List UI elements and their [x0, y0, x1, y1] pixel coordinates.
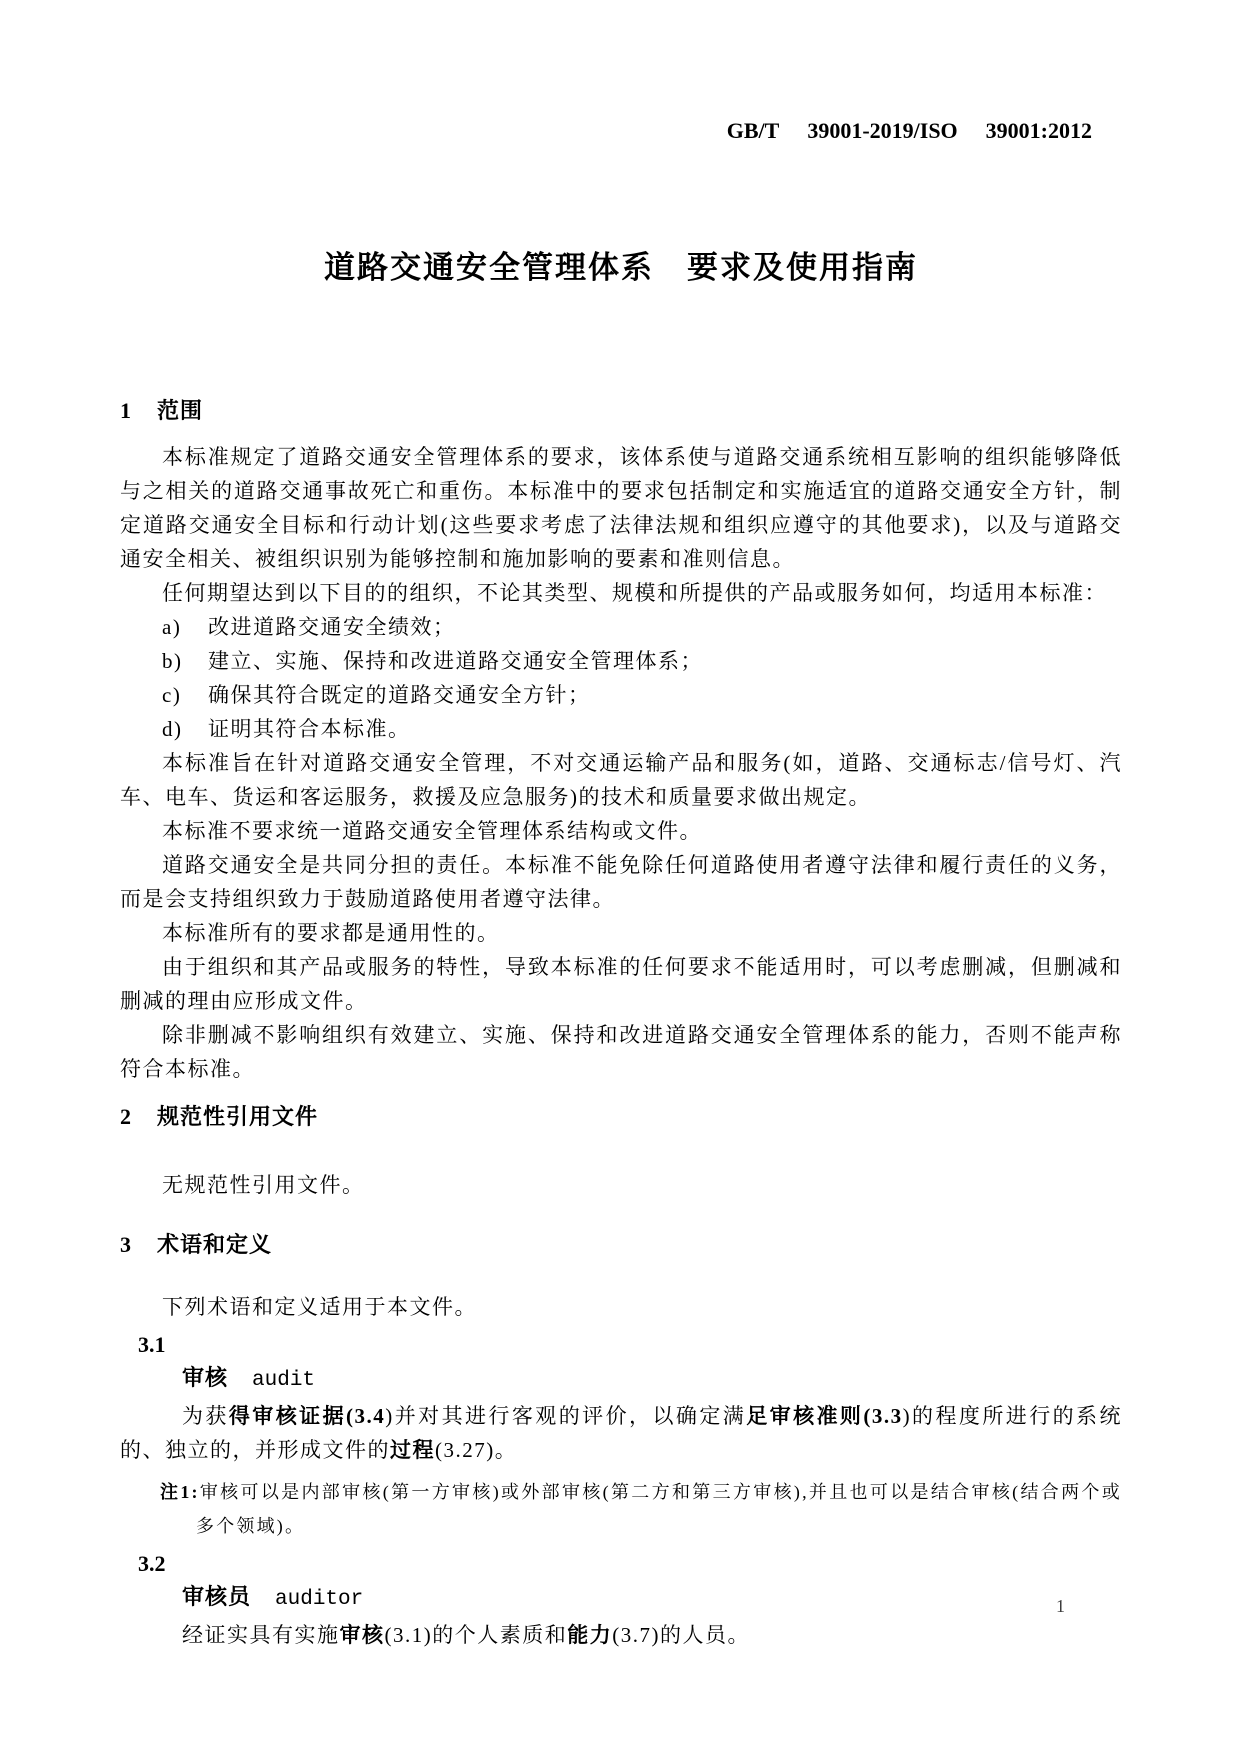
def-seg: )并对其进行客观的评价，以确定满	[385, 1404, 746, 1428]
list-item-a-text: 改进道路交通安全绩效；	[208, 615, 456, 639]
term-3-1-en: audit	[252, 1369, 315, 1392]
section-2-number: 2	[120, 1104, 131, 1129]
term-3-2-en: auditor	[275, 1588, 363, 1611]
note-text: 审核可以是内部审核(第一方审核)或外部审核(第二方和第三方审核),并且也可以是结…	[196, 1482, 1122, 1536]
list-item-d-text: 证明其符合本标准。	[208, 717, 411, 741]
list-item-a-label: a)	[162, 610, 208, 644]
section-2-heading: 2规范性引用文件	[120, 1102, 1122, 1132]
section-3-number: 3	[120, 1232, 131, 1257]
note-label: 注1:	[160, 1482, 200, 1502]
section-1-title: 范围	[157, 398, 203, 423]
standard-code: GB/T39001-2019/ISO39001:2012	[120, 118, 1122, 144]
section-1-paragraph-2: 任何期望达到以下目的的组织，不论其类型、规模和所提供的产品或服务如何，均适用本标…	[120, 576, 1122, 610]
term-3-1-id: 3.1	[138, 1330, 1122, 1360]
page-number: 1	[1056, 1596, 1065, 1616]
term-3-2-zh: 审核员	[182, 1584, 251, 1609]
def-term-process: 过程	[390, 1438, 435, 1462]
def-seg: (3.27)。	[435, 1438, 517, 1462]
def-term-competence: 能力	[567, 1623, 612, 1647]
list-item-c: c)确保其符合既定的道路交通安全方针；	[162, 678, 1122, 712]
term-3-2-heading: 审核员auditor	[182, 1579, 1122, 1618]
section-2-title: 规范性引用文件	[157, 1104, 318, 1129]
list-item-b-label: b)	[162, 644, 208, 678]
list-item-c-text: 确保其符合既定的道路交通安全方针；	[208, 683, 591, 707]
section-3-intro: 下列术语和定义适用于本文件。	[120, 1290, 1122, 1324]
section-1-heading: 1范围	[120, 396, 1122, 426]
section-1-paragraph-5: 道路交通安全是共同分担的责任。本标准不能免除任何道路使用者遵守法律和履行责任的义…	[120, 848, 1122, 916]
term-3-1-heading: 审核audit	[182, 1360, 1122, 1399]
section-3-heading: 3术语和定义	[120, 1230, 1122, 1260]
def-seg: (3.7)的人员。	[612, 1623, 750, 1647]
section-1-paragraph-7: 由于组织和其产品或服务的特性，导致本标准的任何要求不能适用时，可以考虑删减，但删…	[120, 950, 1122, 1018]
section-1-paragraph-8: 除非删减不影响组织有效建立、实施、保持和改进道路交通安全管理体系的能力，否则不能…	[120, 1018, 1122, 1086]
section-1-paragraph-1: 本标准规定了道路交通安全管理体系的要求，该体系使与道路交通系统相互影响的组织能够…	[120, 440, 1122, 576]
section-2-paragraph-1: 无规范性引用文件。	[120, 1168, 1122, 1202]
document-title: 道路交通安全管理体系 要求及使用指南	[120, 248, 1122, 288]
standard-code-number: 39001-2019/ISO	[807, 118, 957, 143]
section-1-paragraph-6: 本标准所有的要求都是通用性的。	[120, 916, 1122, 950]
term-3-1-definition: 为获得审核证据(3.4)并对其进行客观的评价，以确定满足审核准则(3.3)的程度…	[120, 1399, 1122, 1467]
term-3-1-zh: 审核	[182, 1365, 228, 1390]
list-item-d-label: d)	[162, 712, 208, 746]
list-item-b-text: 建立、实施、保持和改进道路交通安全管理体系；	[208, 649, 703, 673]
list-item-b: b)建立、实施、保持和改进道路交通安全管理体系；	[162, 644, 1122, 678]
def-seg: 经证实具有实施	[182, 1623, 340, 1647]
document-page: GB/T39001-2019/ISO39001:2012 道路交通安全管理体系 …	[0, 0, 1240, 1755]
section-1-paragraph-4: 本标准不要求统一道路交通安全管理体系结构或文件。	[120, 814, 1122, 848]
standard-code-gbt: GB/T	[727, 118, 780, 143]
list-item-d: d)证明其符合本标准。	[162, 712, 1122, 746]
def-term-audit-evidence: 得审核证据(3.4	[229, 1404, 385, 1428]
section-1-paragraph-3: 本标准旨在针对道路交通安全管理，不对交通运输产品和服务(如，道路、交通标志/信号…	[120, 746, 1122, 814]
def-seg: 为获	[182, 1404, 229, 1428]
list-item-a: a)改进道路交通安全绩效；	[162, 610, 1122, 644]
def-term-audit-criteria: 足审核准则(3.3	[746, 1404, 902, 1428]
list-item-c-label: c)	[162, 678, 208, 712]
def-term-audit: 审核	[340, 1623, 385, 1647]
section-3-title: 术语和定义	[157, 1232, 272, 1257]
def-seg: (3.1)的个人素质和	[385, 1623, 568, 1647]
term-3-2-id: 3.2	[138, 1549, 1122, 1579]
section-1-number: 1	[120, 398, 131, 423]
note-paragraph: 注1:审核可以是内部审核(第一方审核)或外部审核(第二方和第三方审核),并且也可…	[160, 1475, 1122, 1543]
term-3-2-definition: 经证实具有实施审核(3.1)的个人素质和能力(3.7)的人员。	[120, 1618, 1122, 1652]
standard-code-iso: 39001:2012	[986, 118, 1092, 143]
term-3-1-note: 注1:审核可以是内部审核(第一方审核)或外部审核(第二方和第三方审核),并且也可…	[160, 1475, 1122, 1543]
